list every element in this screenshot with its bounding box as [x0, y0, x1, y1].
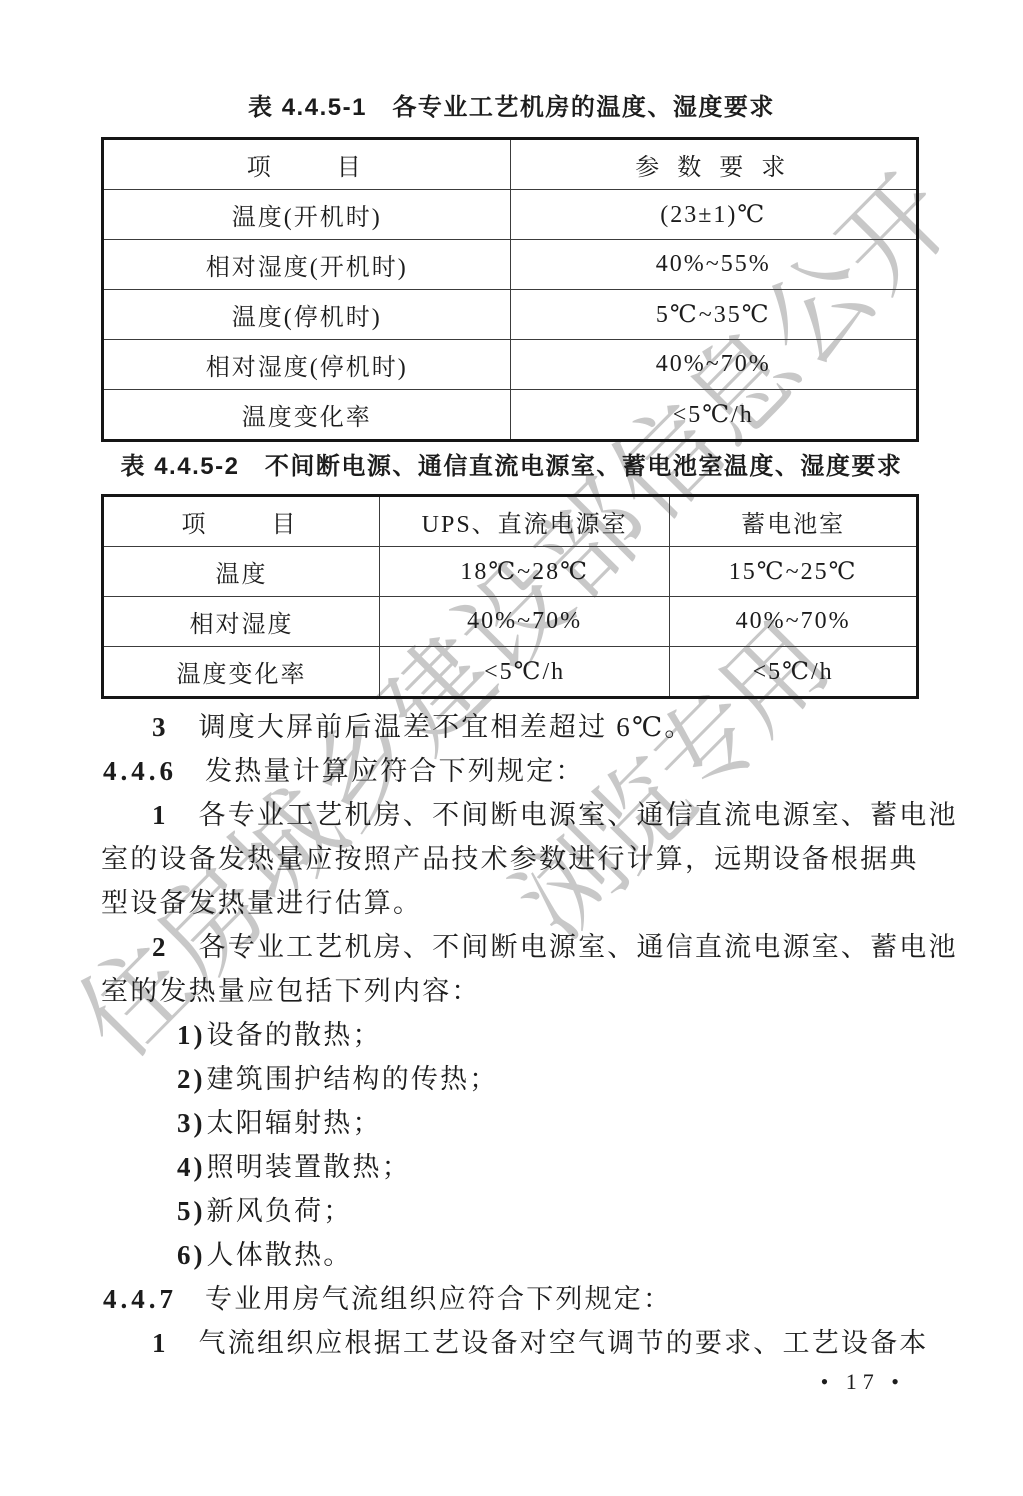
table-header-cell: 项 目	[103, 139, 511, 190]
table-cell: 18℃~28℃	[380, 547, 670, 597]
sub-item-number: 5)	[177, 1196, 206, 1226]
table-cell: 温度变化率	[103, 647, 380, 698]
table-row: 温度(开机时) (23±1)℃	[103, 190, 918, 240]
body-line: 型设备发热量进行估算。	[101, 881, 933, 925]
table-1-title: 表 4.4.5-1 各专业工艺机房的温度、湿度要求	[0, 93, 1023, 123]
section-number: 4.4.7	[103, 1284, 177, 1314]
table-header-cell: 参 数 要 求	[510, 139, 918, 190]
line-text: 新风负荷；	[207, 1196, 353, 1226]
line-text: 设备的散热；	[207, 1020, 382, 1050]
item-number: 3	[152, 712, 169, 742]
body-line: 1气流组织应根据工艺设备对空气调节的要求、工艺设备本	[101, 1321, 933, 1365]
table-1: 项 目 参 数 要 求 温度(开机时) (23±1)℃ 相对湿度(开机时) 40…	[101, 137, 919, 442]
body-line: 5)新风负荷；	[101, 1189, 933, 1233]
table-cell: 相对湿度(停机时)	[103, 340, 511, 390]
table-cell: (23±1)℃	[510, 190, 918, 240]
table-cell: 相对湿度(开机时)	[103, 240, 511, 290]
table-cell: 温度(开机时)	[103, 190, 511, 240]
sub-item-number: 2)	[177, 1064, 206, 1094]
body-line: 3调度大屏前后温差不宜相差超过 6℃。	[101, 705, 933, 749]
table-cell: 40%~70%	[510, 340, 918, 390]
line-text: 建筑围护结构的传热；	[207, 1064, 499, 1094]
table-row: 温度变化率 <5℃/h <5℃/h	[103, 647, 918, 698]
sub-item-number: 3)	[177, 1108, 206, 1138]
table-cell: <5℃/h	[670, 647, 918, 698]
body-text: 3调度大屏前后温差不宜相差超过 6℃。 4.4.6发热量计算应符合下列规定： 1…	[101, 705, 933, 1365]
line-text: 各专业工艺机房、不间断电源室、通信直流电源室、蓄电池	[199, 800, 958, 830]
page-number: • 17 •	[821, 1369, 905, 1395]
line-text: 室的设备发热量应按照产品技术参数进行计算，远期设备根据典	[101, 844, 919, 874]
table-cell: <5℃/h	[380, 647, 670, 698]
body-line: 3)太阳辐射热；	[101, 1101, 933, 1145]
line-text: 人体散热。	[207, 1240, 353, 1270]
line-text: 调度大屏前后温差不宜相差超过 6℃。	[199, 712, 694, 742]
document-page: 住房城乡建设部信息公开 浏览专用 表 4.4.5-1 各专业工艺机房的温度、湿度…	[0, 0, 1023, 1496]
table-cell: 40%~70%	[380, 597, 670, 647]
sub-item-number: 1)	[177, 1020, 206, 1050]
sub-item-number: 6)	[177, 1240, 206, 1270]
table-row: 温度(停机时) 5℃~35℃	[103, 290, 918, 340]
body-line: 4.4.7专业用房气流组织应符合下列规定：	[101, 1277, 933, 1321]
body-line: 4.4.6发热量计算应符合下列规定：	[101, 749, 933, 793]
table-header-cell: UPS、直流电源室	[380, 496, 670, 547]
table-cell: 相对湿度	[103, 597, 380, 647]
table-cell: 5℃~35℃	[510, 290, 918, 340]
line-text: 室的发热量应包括下列内容：	[101, 976, 481, 1006]
table-cell: 15℃~25℃	[670, 547, 918, 597]
body-line: 2)建筑围护结构的传热；	[101, 1057, 933, 1101]
table-header-cell: 项 目	[103, 496, 380, 547]
line-text: 气流组织应根据工艺设备对空气调节的要求、工艺设备本	[199, 1328, 929, 1358]
body-line: 4)照明装置散热；	[101, 1145, 933, 1189]
line-text: 各专业工艺机房、不间断电源室、通信直流电源室、蓄电池	[199, 932, 958, 962]
line-text: 发热量计算应符合下列规定：	[205, 756, 585, 786]
body-line: 2各专业工艺机房、不间断电源室、通信直流电源室、蓄电池	[101, 925, 933, 969]
body-line: 1)设备的散热；	[101, 1013, 933, 1057]
table-cell: 40%~55%	[510, 240, 918, 290]
table-cell: 温度	[103, 547, 380, 597]
table-cell: 温度(停机时)	[103, 290, 511, 340]
table-2: 项 目 UPS、直流电源室 蓄电池室 温度 18℃~28℃ 15℃~25℃ 相对…	[101, 494, 919, 699]
table-row: 项 目 参 数 要 求	[103, 139, 918, 190]
line-text: 太阳辐射热；	[207, 1108, 382, 1138]
line-text: 专业用房气流组织应符合下列规定：	[205, 1284, 672, 1314]
table-row: 相对湿度(开机时) 40%~55%	[103, 240, 918, 290]
sub-item-number: 4)	[177, 1152, 206, 1182]
body-line: 室的设备发热量应按照产品技术参数进行计算，远期设备根据典	[101, 837, 933, 881]
body-line: 1各专业工艺机房、不间断电源室、通信直流电源室、蓄电池	[101, 793, 933, 837]
body-line: 6)人体散热。	[101, 1233, 933, 1277]
item-number: 2	[152, 932, 169, 962]
table-2-title: 表 4.4.5-2 不间断电源、通信直流电源室、蓄电池室温度、湿度要求	[0, 452, 1023, 482]
item-number: 1	[152, 1328, 169, 1358]
item-number: 1	[152, 800, 169, 830]
table-cell: <5℃/h	[510, 390, 918, 441]
table-row: 项 目 UPS、直流电源室 蓄电池室	[103, 496, 918, 547]
table-cell: 温度变化率	[103, 390, 511, 441]
section-number: 4.4.6	[103, 756, 177, 786]
body-line: 室的发热量应包括下列内容：	[101, 969, 933, 1013]
table-row: 相对湿度(停机时) 40%~70%	[103, 340, 918, 390]
line-text: 型设备发热量进行估算。	[101, 888, 422, 918]
table-header-cell: 蓄电池室	[670, 496, 918, 547]
table-row: 温度变化率 <5℃/h	[103, 390, 918, 441]
table-cell: 40%~70%	[670, 597, 918, 647]
table-row: 温度 18℃~28℃ 15℃~25℃	[103, 547, 918, 597]
table-row: 相对湿度 40%~70% 40%~70%	[103, 597, 918, 647]
line-text: 照明装置散热；	[207, 1152, 411, 1182]
